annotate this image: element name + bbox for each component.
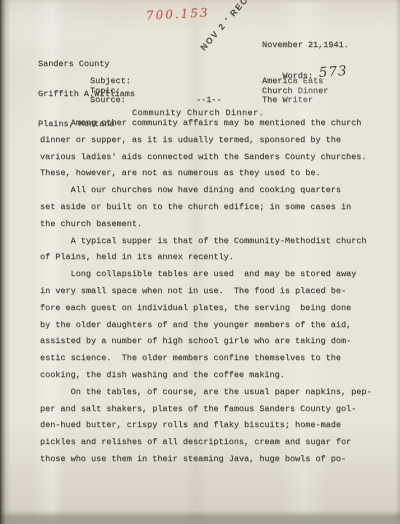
body-line: estic science. The older members confine… xyxy=(40,350,370,367)
body-line: in very small space when not in use. The… xyxy=(40,283,370,300)
words-label: Words: xyxy=(282,71,313,81)
paragraph: On the tables, of course, are the usual … xyxy=(40,384,370,468)
page-number: --1-- xyxy=(196,95,222,105)
body-line: pickles and relishes of all descriptions… xyxy=(40,434,370,451)
body-line: per and salt shakers, plates of the famo… xyxy=(40,401,370,418)
body-line: Long collapsible tables are used and may… xyxy=(40,266,370,283)
body-line: various ladies' aids connected with the … xyxy=(40,149,370,166)
word-count-row: Words:573 xyxy=(262,56,348,92)
source-value: The Writer xyxy=(262,95,313,105)
word-count-handwritten: 573 xyxy=(318,63,348,81)
body-line: Among other community affairs may be men… xyxy=(40,115,370,132)
body-line: All our churches now have dining and coo… xyxy=(40,182,370,199)
body-line: the church basement. xyxy=(40,216,370,233)
body-line: set aside or built on to the church edif… xyxy=(40,199,370,216)
body-line: assisted by a number of high school girl… xyxy=(40,333,370,350)
paragraph: All our churches now have dining and coo… xyxy=(40,182,370,232)
body-line: On the tables, of course, are the usual … xyxy=(40,384,370,401)
scanned-document-page: 700.153 NOV 2 ' REC'D Sanders County Gri… xyxy=(0,0,400,524)
body-line: dinner or supper, as it is udually terme… xyxy=(40,132,370,149)
body-line: These, however, are not as numerous as t… xyxy=(40,165,370,182)
body-line: A typical supper is that of the Communit… xyxy=(40,233,370,250)
document-date: November 21,1941. xyxy=(262,40,349,50)
document-body: Among other community affairs may be men… xyxy=(40,115,370,468)
body-line: cooking, the dish washing and the coffee… xyxy=(40,367,370,384)
catalog-number-handwritten: 700.153 xyxy=(146,5,210,22)
paragraph: A typical supper is that of the Communit… xyxy=(40,233,370,267)
paragraph: Among other community affairs may be men… xyxy=(40,115,370,182)
body-line: by the older daughters of and the younge… xyxy=(40,317,370,334)
body-line: of Plains, held in its annex recently. xyxy=(40,249,370,266)
body-line: those who use them in their steaming Jav… xyxy=(40,451,370,468)
body-line: fore each guest on individual plates, th… xyxy=(40,300,370,317)
address-line-county: Sanders County xyxy=(38,59,135,69)
body-line: den-hued butter, crispy rolls and flaky … xyxy=(40,417,370,434)
address-line-author: Griffith A.Williams xyxy=(38,89,135,99)
paragraph: Long collapsible tables are used and may… xyxy=(40,266,370,384)
